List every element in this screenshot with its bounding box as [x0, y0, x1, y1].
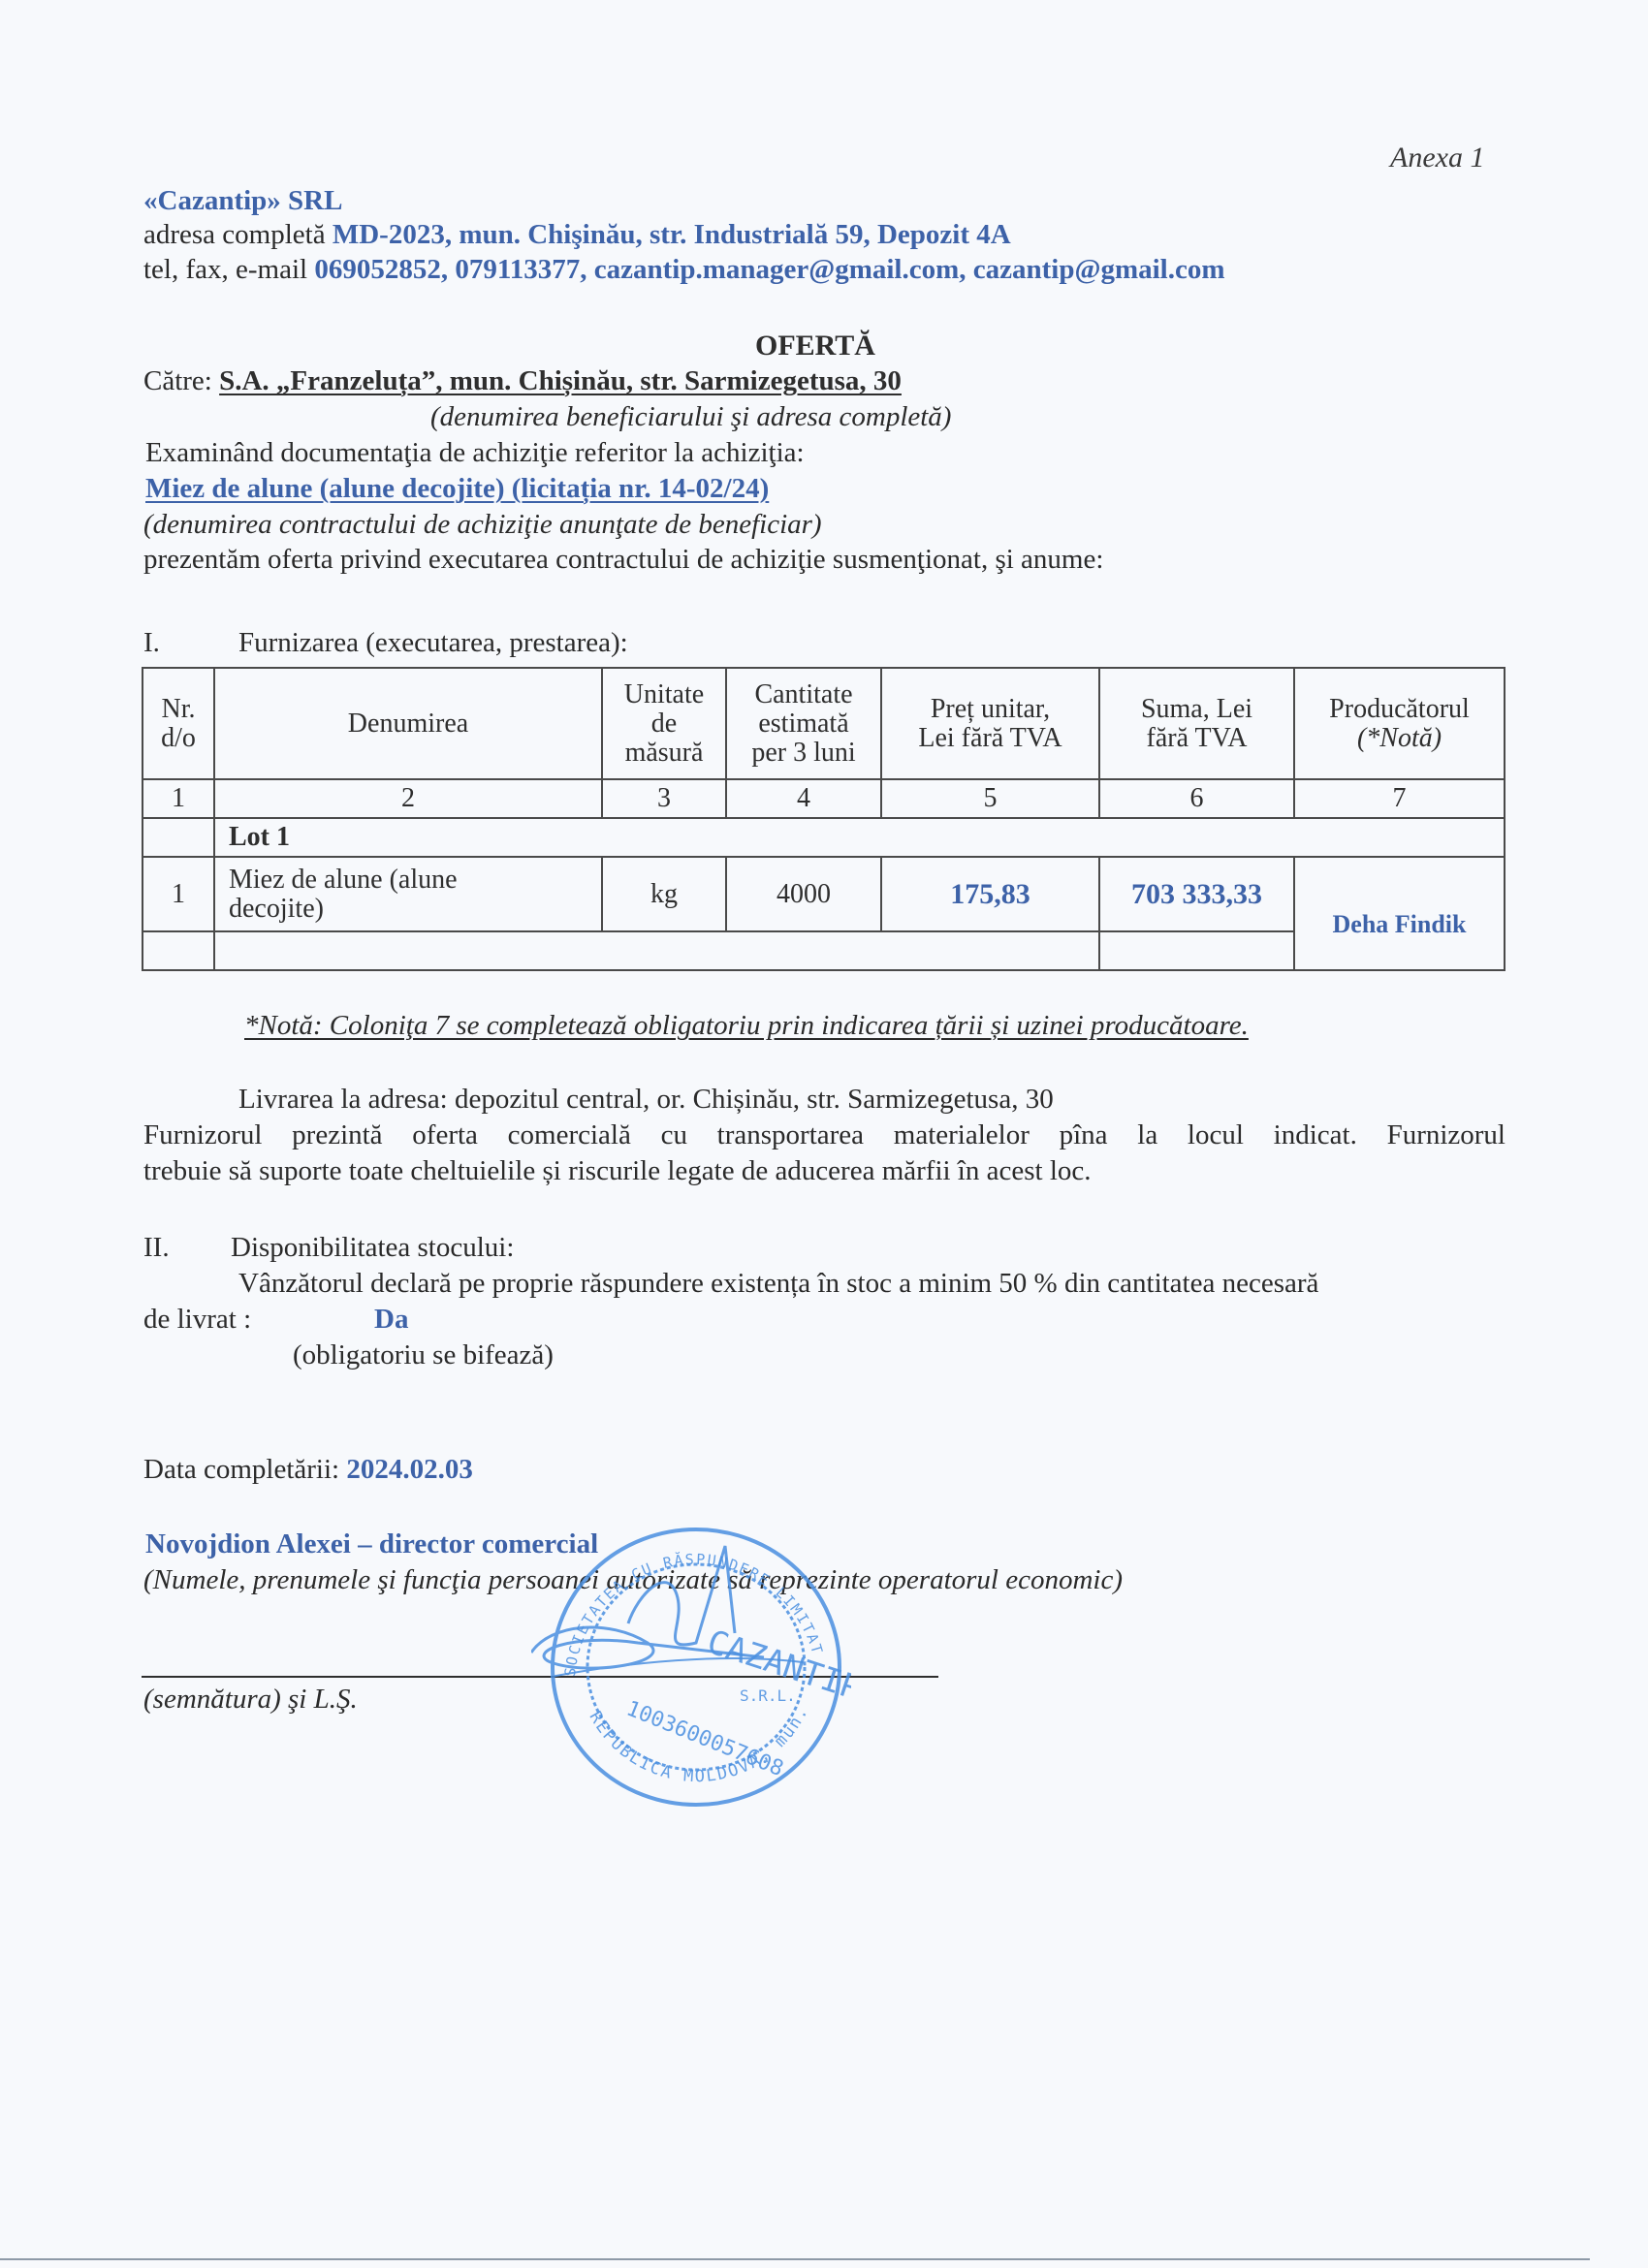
- col-number: 5: [881, 779, 1099, 818]
- header-sum: Suma, Leifără TVA: [1099, 668, 1294, 779]
- scan-edge: [0, 2258, 1590, 2260]
- offer-table: Nr.d/o Denumirea Unitatedemăsură Cantita…: [142, 667, 1505, 971]
- header-producer: Producătorul(*Notă): [1294, 668, 1505, 779]
- procurement-name: Miez de alune (alune decojite) (licitați…: [145, 473, 769, 505]
- company-stamp-icon: SOCIETATEA CU RĂSPUNDERE LIMITATĂ REPUBL…: [531, 1507, 851, 1817]
- row-producer: Deha Findik: [1294, 857, 1505, 970]
- supplier-address: adresa completă MD-2023, mun. Chişinău, …: [143, 219, 1011, 251]
- row-unit: kg: [602, 857, 726, 931]
- header-nr: Nr.d/o: [143, 668, 214, 779]
- header-unit: Unitatedemăsură: [602, 668, 726, 779]
- procurement-intro: Examinând documentaţia de achiziţie refe…: [145, 437, 805, 469]
- document-title: OFERTĂ: [755, 330, 875, 362]
- signature-label: (semnătura) şi L.Ş.: [143, 1684, 358, 1716]
- completion-label: Data completării:: [143, 1454, 339, 1485]
- col-number: 1: [143, 779, 214, 818]
- table-header-row: Nr.d/o Denumirea Unitatedemăsură Cantita…: [143, 668, 1505, 779]
- annex-label: Anexa 1: [1390, 142, 1484, 174]
- address-label: adresa completă: [143, 219, 326, 250]
- col-number: 2: [214, 779, 602, 818]
- header-name: Denumirea: [214, 668, 602, 779]
- recipient-label: Către:: [143, 365, 212, 396]
- svg-text:S.R.L.: S.R.L.: [740, 1686, 796, 1705]
- completion-date: Data completării: 2024.02.03: [143, 1454, 473, 1486]
- stock-declaration: Vânzătorul declară pe proprie răspundere…: [238, 1268, 1318, 1300]
- section2-number: II.: [143, 1232, 170, 1264]
- table-row: 1 Miez de alune (alune decojite) kg 4000…: [143, 857, 1505, 931]
- section2-title: Disponibilitatea stocului:: [231, 1232, 514, 1264]
- recipient: Către: S.A. „Franzeluța”, mun. Chișinău,…: [143, 365, 902, 397]
- col-number: 4: [726, 779, 881, 818]
- lot-row: Lot 1: [143, 818, 1505, 857]
- column-number-row: 1 2 3 4 5 6 7: [143, 779, 1505, 818]
- row-price: 175,83: [881, 857, 1099, 931]
- header-qty: Cantitateestimatăper 3 luni: [726, 668, 881, 779]
- lot-label: Lot 1: [214, 818, 1505, 857]
- col-number: 7: [1294, 779, 1505, 818]
- row-sum: 703 333,33: [1099, 857, 1294, 931]
- contact-value: 069052852, 079113377, cazantip.manager@g…: [314, 254, 1224, 285]
- row-nr: 1: [143, 857, 214, 931]
- supplier-name: «Cazantip» SRL: [143, 185, 342, 217]
- row-name: Miez de alune (alune decojite): [214, 857, 602, 931]
- completion-value: 2024.02.03: [346, 1454, 473, 1485]
- procurement-statement: prezentăm oferta privind executarea cont…: [143, 544, 1103, 576]
- table-note: *Notă: Coloniţa 7 se completează obligat…: [244, 1010, 1249, 1042]
- section1-number: I.: [143, 627, 160, 659]
- delivery-terms-line1: Furnizorul prezintă oferta comercială cu…: [143, 1119, 1505, 1151]
- col-number: 6: [1099, 779, 1294, 818]
- contact-label: tel, fax, e-mail: [143, 254, 307, 285]
- recipient-hint: (denumirea beneficiarului şi adresa comp…: [430, 401, 951, 433]
- section1-title: Furnizarea (executarea, prestarea):: [238, 627, 628, 659]
- stock-hint: (obligatoriu se bifează): [293, 1339, 554, 1371]
- recipient-value: S.A. „Franzeluța”, mun. Chișinău, str. S…: [219, 365, 902, 396]
- delivery-terms-line2: trebuie să suporte toate cheltuielile și…: [143, 1155, 1092, 1187]
- stock-declaration-line2: de livrat :: [143, 1304, 251, 1336]
- procurement-hint: (denumirea contractului de achiziţie anu…: [143, 509, 822, 541]
- supplier-contact: tel, fax, e-mail 069052852, 079113377, c…: [143, 254, 1225, 286]
- delivery-address: Livrarea la adresa: depozitul central, o…: [238, 1084, 1054, 1116]
- col-number: 3: [602, 779, 726, 818]
- row-qty: 4000: [726, 857, 881, 931]
- header-price: Preț unitar,Lei fără TVA: [881, 668, 1099, 779]
- stock-answer[interactable]: Da: [374, 1304, 408, 1336]
- address-value: MD-2023, mun. Chişinău, str. Industrială…: [333, 219, 1011, 250]
